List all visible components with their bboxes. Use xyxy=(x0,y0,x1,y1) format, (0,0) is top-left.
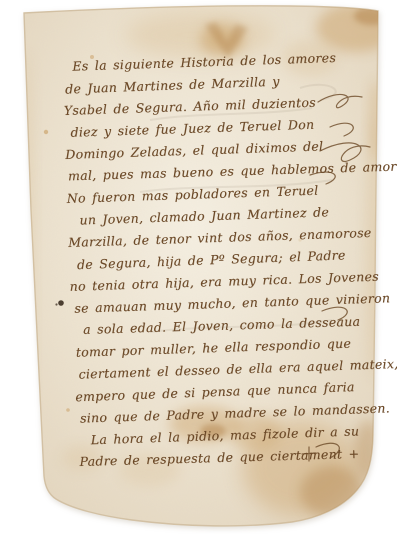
manuscript-photo: Es la siguiente Historia de los amoresde… xyxy=(0,0,397,534)
manuscript-text: Es la siguiente Historia de los amoresde… xyxy=(62,46,386,474)
